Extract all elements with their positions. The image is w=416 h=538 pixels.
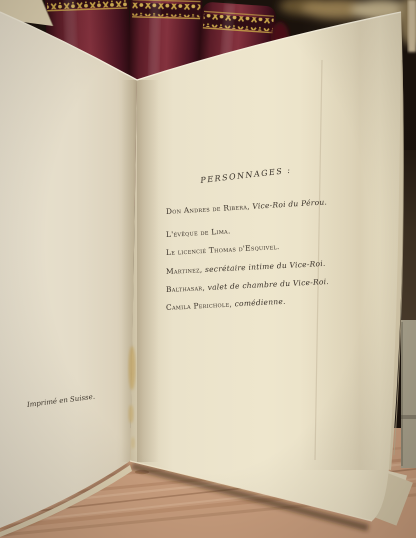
character-role: Vice-Roi du Pérou. <box>252 197 327 210</box>
character-name: L'évêque de Lima. <box>166 227 231 240</box>
edge-paper-sliver <box>408 0 416 52</box>
character-name: Martinez, <box>166 265 203 276</box>
character-name: Don Andres de Ribera, <box>166 202 250 216</box>
character-role: valet de chambre du Vice-Roi. <box>207 277 329 292</box>
character-role: comédienne. <box>234 297 286 309</box>
photo-open-book-scene: PERSONNAGES : Don Andres de Ribera, Vice… <box>0 0 416 538</box>
character-name: Camila Perichole, <box>166 299 232 311</box>
character-name: Balthasar, <box>166 283 205 294</box>
left-page <box>0 12 137 528</box>
character-name: Le licencié Thomas d'Esquivel. <box>166 242 280 257</box>
character-role: secrétaire intime du Vice-Roi. <box>205 258 326 273</box>
character-list: Don Andres de Ribera, Vice-Roi du Pérou.… <box>166 203 329 317</box>
